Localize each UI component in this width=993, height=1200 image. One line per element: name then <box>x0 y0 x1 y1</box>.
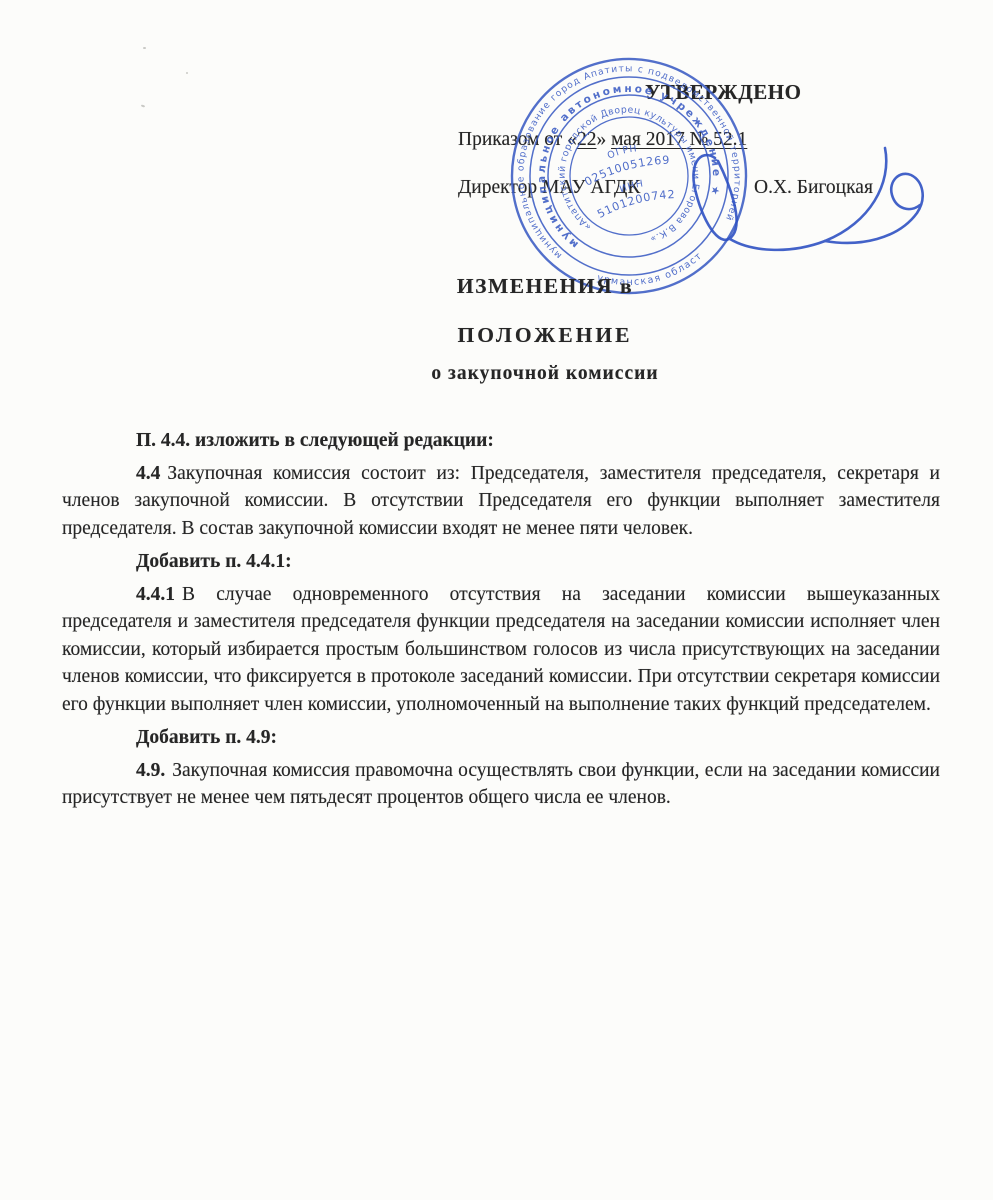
scan-speck <box>143 47 146 49</box>
paragraph-text: Закупочная комиссия состоит из: Председа… <box>62 463 940 539</box>
section-heading: Добавить п. 4.9: <box>62 724 940 752</box>
title-changes: ИЗМЕНЕНИЯ в <box>97 274 993 299</box>
title-subject: о закупочной комиссии <box>97 363 993 385</box>
document-body: П. 4.4. изложить в следующей редакции: 4… <box>62 421 940 817</box>
paragraph-text: В случае одновременного отсутствия на за… <box>62 584 940 715</box>
paragraph-number: 4.4 <box>136 463 160 484</box>
paragraph-number: 4.9. <box>136 760 165 781</box>
section-heading: Добавить п. 4.4.1: <box>62 548 940 576</box>
paragraph-4-9: 4.9.Закупочная комиссия правомочна осуще… <box>62 757 940 812</box>
document-title-block: ИЗМЕНЕНИЯ в ПОЛОЖЕНИЕ о закупочной комис… <box>97 274 993 385</box>
signature-stroke <box>730 148 886 250</box>
paragraph-text: Закупочная комиссия правомочна осуществл… <box>62 760 940 809</box>
director-signature <box>630 143 942 281</box>
scan-speck <box>186 72 188 74</box>
paragraph-4-4: 4.4Закупочная комиссия состоит из: Предс… <box>62 460 940 543</box>
signature-stroke <box>693 155 736 240</box>
section-heading: П. 4.4. изложить в следующей редакции: <box>62 427 940 455</box>
scanned-document-page: УТВЕРЖДЕНО Приказом от «22» мая 2017 № 5… <box>0 0 993 1200</box>
scan-speck <box>141 104 145 107</box>
paragraph-4-4-1: 4.4.1В случае одновременного отсутствия … <box>62 581 940 719</box>
title-regulation: ПОЛОЖЕНИЕ <box>97 323 993 348</box>
paragraph-number: 4.4.1 <box>136 584 175 605</box>
